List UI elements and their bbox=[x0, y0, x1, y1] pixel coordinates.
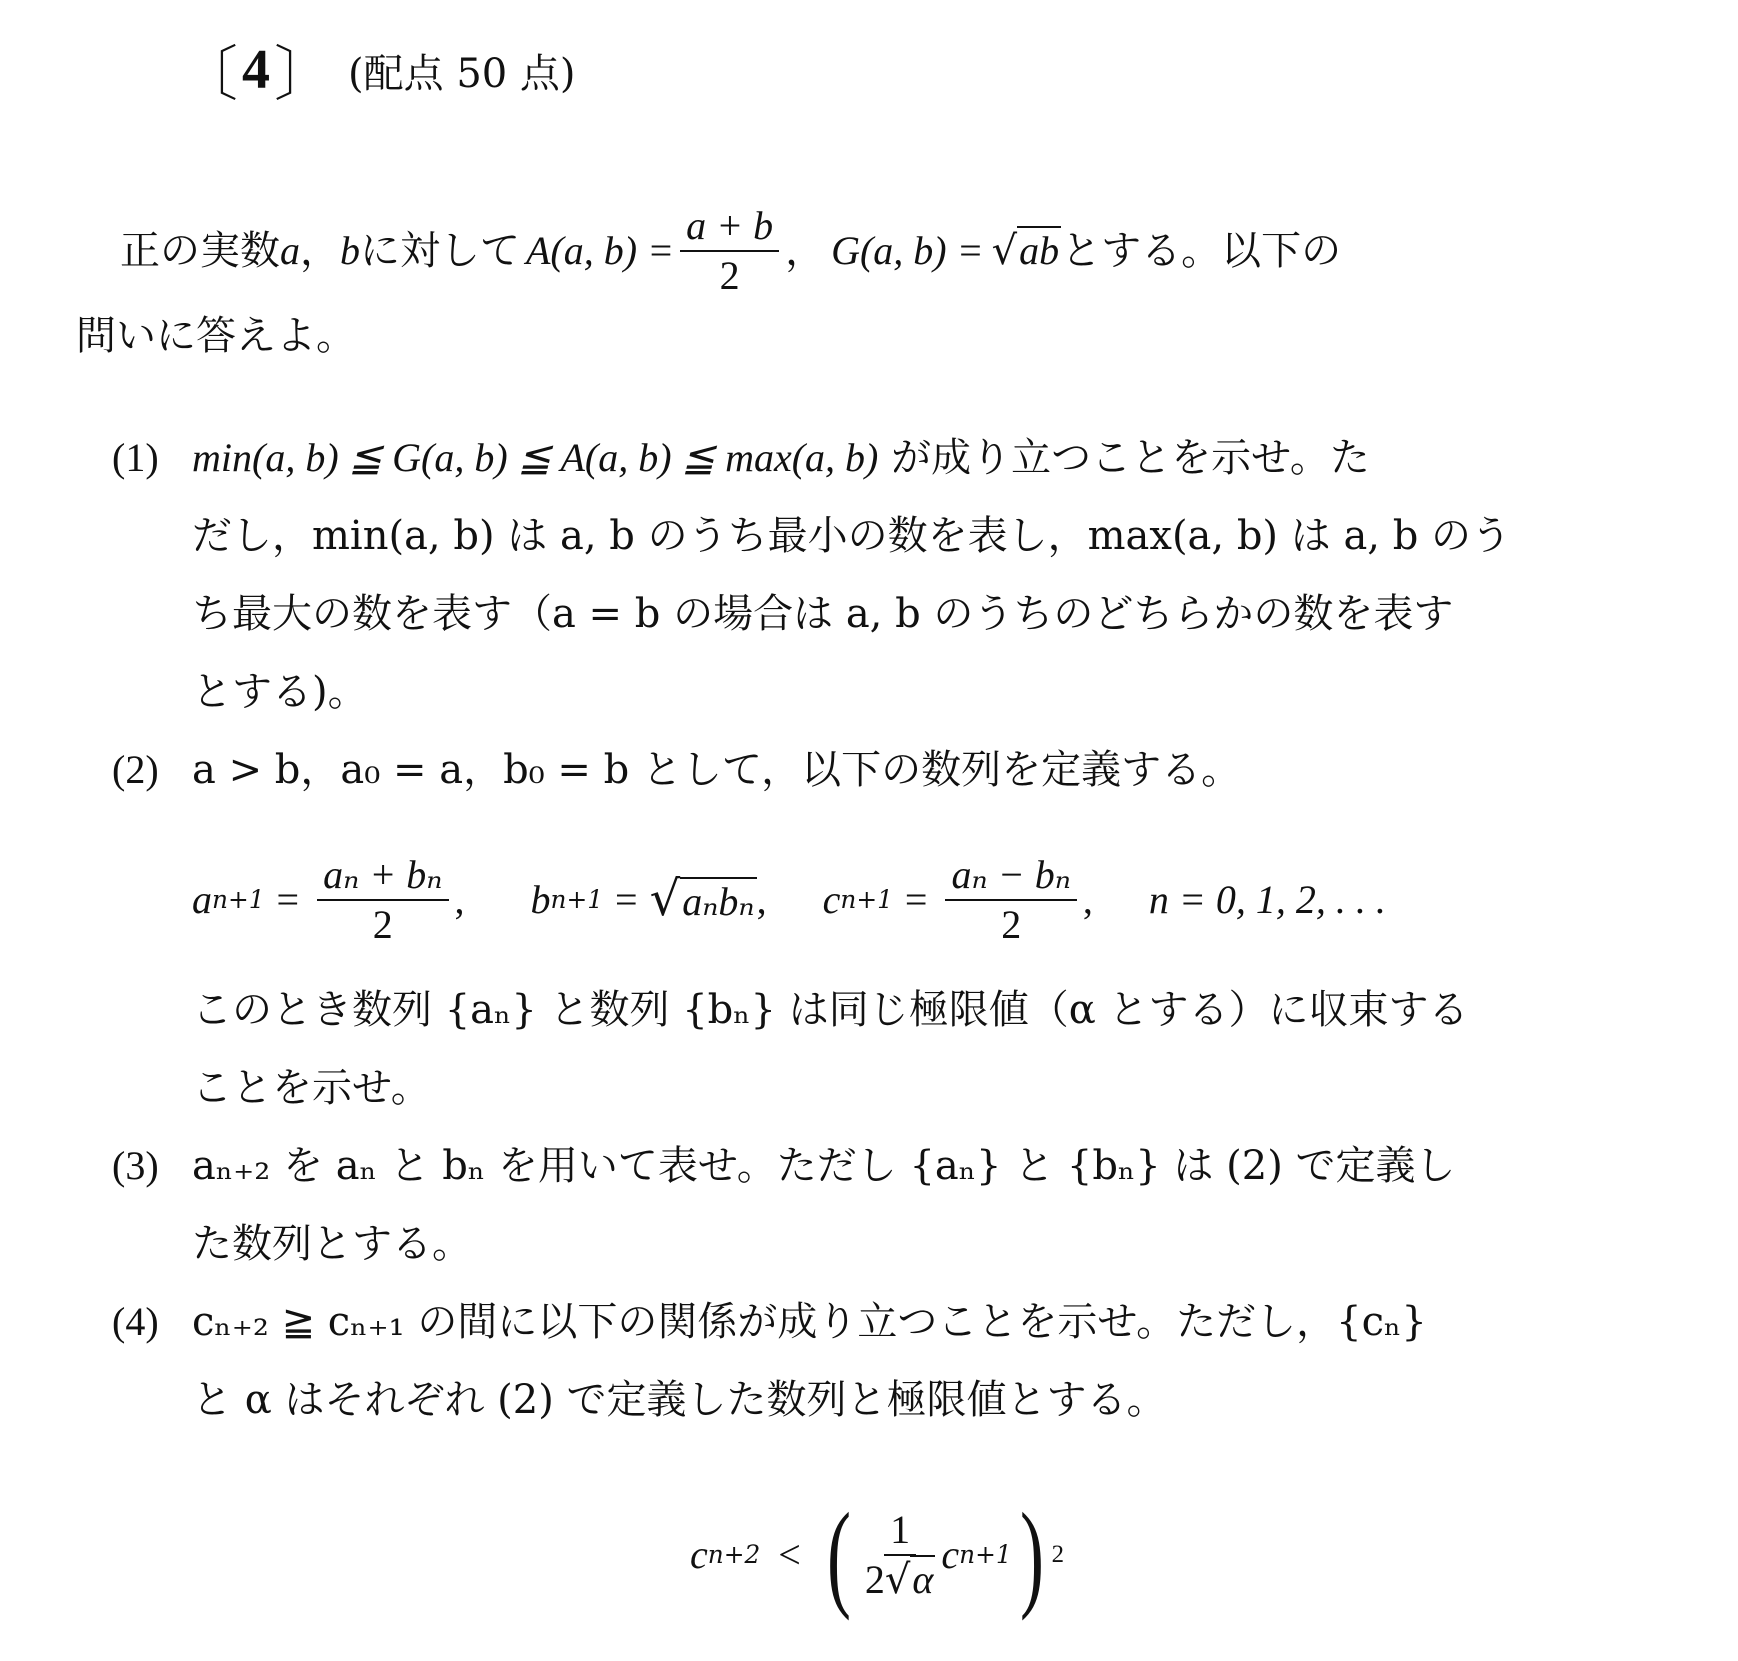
q4-line-2: と α はそれぞれ (2) で定義した数列と極限値とする。 bbox=[192, 1372, 1167, 1428]
q1-line-1: min(a, b) ≦ G(a, b) ≦ A(a, b) ≦ max(a, b… bbox=[192, 430, 1370, 486]
sqrt-icon: √ bbox=[885, 1557, 911, 1603]
sqrt-icon: √ bbox=[992, 228, 1018, 274]
q1-line-3: ち最大の数を表す（a = b の場合は a, b のうちのどちらかの数を表す bbox=[192, 586, 1453, 642]
index-range: n = 0, 1, 2, . . . bbox=[1149, 872, 1386, 928]
q2-line-3: ことを示せ。 bbox=[192, 1060, 431, 1116]
q2-label: (2) bbox=[112, 742, 159, 798]
intro-line-2: 問いに答えよ。 bbox=[76, 308, 356, 364]
problem-header: 〔 4 〕 (配点 50 点) bbox=[178, 30, 576, 110]
q4-label: (4) bbox=[112, 1294, 159, 1350]
inv-two-sqrt-alpha-fraction: 1 2√α bbox=[865, 1508, 936, 1602]
q3-line-1: aₙ₊₂ を aₙ と bₙ を用いて表せ。ただし {aₙ} と {bₙ} は … bbox=[192, 1138, 1456, 1194]
arith-mean-lhs: A(a, b) = bbox=[526, 223, 674, 279]
c-next-fraction: aₙ − bₙ 2 bbox=[945, 853, 1076, 947]
header-bracket-open: 〔 bbox=[178, 27, 238, 113]
a-next-fraction: aₙ + bₙ 2 bbox=[317, 853, 448, 947]
q2-recurrence-formula: an+1 = aₙ + bₙ 2 , bn+1 = √aₙbₙ , cn+1 =… bbox=[192, 840, 1386, 960]
q1-inequality: min(a, b) ≦ G(a, b) ≦ A(a, b) ≦ max(a, b… bbox=[192, 435, 878, 480]
left-paren: ( bbox=[827, 1495, 851, 1615]
right-paren: ) bbox=[1020, 1495, 1044, 1615]
header-bracket-close: 〕 bbox=[274, 27, 334, 113]
q2-line-1: a > b，a₀ = a，b₀ = b として，以下の数列を定義する。 bbox=[192, 742, 1241, 798]
sqrt-an-bn: √aₙbₙ bbox=[650, 871, 757, 930]
sqrt-icon: √ bbox=[650, 871, 681, 927]
sqrt-ab: √ab bbox=[992, 223, 1062, 279]
q3-label: (3) bbox=[112, 1138, 159, 1194]
q4-inequality-formula: cn+2 < ( 1 2√α cn+1 ) 2 bbox=[690, 1480, 1064, 1630]
q3-line-2: た数列とする。 bbox=[192, 1216, 472, 1272]
geo-mean-lhs: G(a, b) = bbox=[831, 223, 984, 279]
arith-mean-fraction: a + b 2 bbox=[680, 204, 779, 298]
problem-number: 4 bbox=[242, 38, 270, 102]
points-label: (配点 50 点) bbox=[348, 42, 576, 99]
q4-line-1: cₙ₊₂ ≧ cₙ₊₁ の間に以下の関係が成り立つことを示せ。ただし，{cₙ} bbox=[192, 1294, 1427, 1350]
intro-line-1: 正の実数 a ， b に対して A(a, b) = a + b 2 ， G(a,… bbox=[120, 196, 1341, 306]
q1-label: (1) bbox=[112, 430, 159, 486]
q1-line-2: だし，min(a, b) は a, b のうち最小の数を表し，max(a, b)… bbox=[192, 508, 1511, 564]
q2-line-2: このとき数列 {aₙ} と数列 {bₙ} は同じ極限値（α とする）に収束する bbox=[192, 982, 1468, 1038]
q1-line-4: とする)。 bbox=[192, 664, 368, 720]
